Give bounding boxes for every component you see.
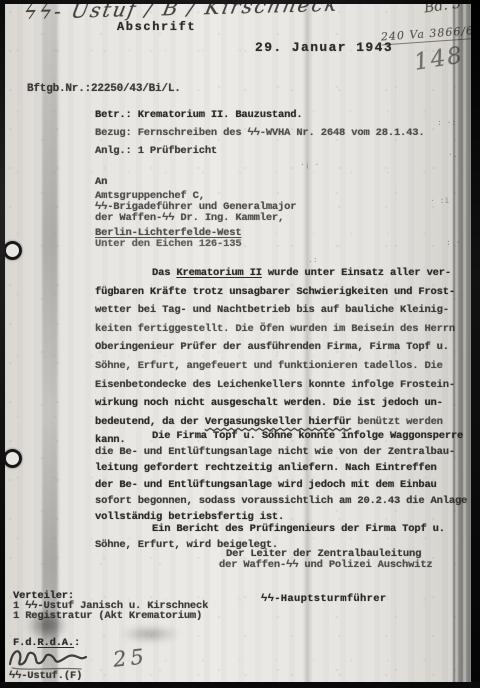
text-run: benützt werden: [351, 416, 443, 428]
document-line: Die Firma Topf u. Söhne konnte infolge W…: [95, 428, 475, 444]
signoff-title-line2: der Waffen-ϟϟ und Polizei Auschwitz: [219, 559, 433, 571]
text-run: ver-: [420, 267, 451, 279]
scan-edge: [471, 0, 480, 688]
document-line: sofort begonnen, sodass voraussichtlich …: [95, 493, 475, 509]
enclosure-line: Anlg.: 1 Prüfbericht: [95, 145, 217, 157]
scan-noise: .:: [308, 255, 322, 264]
scan-edge: [0, 682, 480, 688]
text-run: bedeutend, da der: [95, 416, 205, 428]
certifier-rank: ϟϟ-Ustuf.(F): [9, 670, 82, 682]
document-line: Das Krematorium II wurde unter Einsatz a…: [95, 264, 475, 283]
document-line: wirkung noch nicht ausgeschalt werden. D…: [95, 394, 475, 413]
document-line: der Be- und Entlüftungsanlage wird jedoc…: [95, 477, 475, 493]
document-line: Ein Bericht des Prüfingenieurs der Firma…: [95, 521, 475, 537]
document-line: die Be- und Entlüftungsanlage nicht wie …: [95, 444, 475, 460]
scan-noise: ·¡ ·: [300, 160, 319, 169]
text-run: Das: [152, 267, 176, 279]
signoff-rank: ϟϟ-Hauptsturmführer: [261, 593, 386, 605]
address-salutation: An: [95, 176, 107, 188]
address-line: der Waffen-ϟϟ Dr. Ing. Kammler,: [95, 212, 284, 224]
document-line: Eisenbetondecke des Leichenkellers konnt…: [95, 376, 475, 395]
body-paragraph-2: Die Firma Topf u. Söhne konnte infolge W…: [95, 428, 475, 525]
document-line: wetter bei Tag- und Nachtbetrieb bis auf…: [95, 301, 475, 320]
handwritten-number: 25: [112, 644, 149, 671]
document-line: Söhne, Erfurt, angefeuert und funktionie…: [95, 357, 475, 376]
document-line: leitung gefordert rechtzeitig anliefern.…: [95, 460, 475, 476]
document-line: keiten fertiggestellt. Die Öfen wurden i…: [95, 320, 475, 339]
scan-streak-left: [42, 0, 58, 688]
hole-punch-top: [3, 241, 22, 260]
document-line: fügbaren Kräfte trotz unsagbarer Schwier…: [95, 283, 475, 302]
body-paragraph-1: Das Krematorium II wurde unter Einsatz a…: [95, 264, 475, 450]
distribution-item: 1 Registratur (Akt Krematorium): [13, 610, 202, 622]
ink-smudge: [120, 625, 180, 643]
scan-edge: [0, 0, 5, 688]
reference-line: Bezug: Fernschreiben des ϟϟ-WVHA Nr. 264…: [95, 127, 424, 139]
scan-edge-band: [453, 0, 471, 688]
document-date: 29. Januar 1943: [255, 41, 393, 56]
copy-label: Abschrift: [117, 21, 196, 35]
text-run: Einsatz aller: [341, 267, 420, 279]
reference-number: Bftgb.Nr.:22250/43/Bi/L.: [27, 83, 181, 96]
scan-edge: [0, 0, 480, 4]
scan-noise: · :i: [430, 196, 449, 205]
document-line: Oberingenieur Prüfer der ausführenden Fi…: [95, 338, 475, 357]
text-run: wurde unter: [262, 267, 341, 279]
address-street: Unter den Eichen 126-135: [95, 238, 241, 250]
subject-line: Betr.: Krematorium II. Bauzustand.: [95, 109, 302, 121]
hole-punch-bottom: [3, 449, 22, 468]
scanned-document-page: : ·: ·. · :i : · ·¡ · .: ϟϟ- Ustuf / B /…: [0, 0, 480, 688]
underlined-text: Krematorium II: [176, 267, 261, 279]
